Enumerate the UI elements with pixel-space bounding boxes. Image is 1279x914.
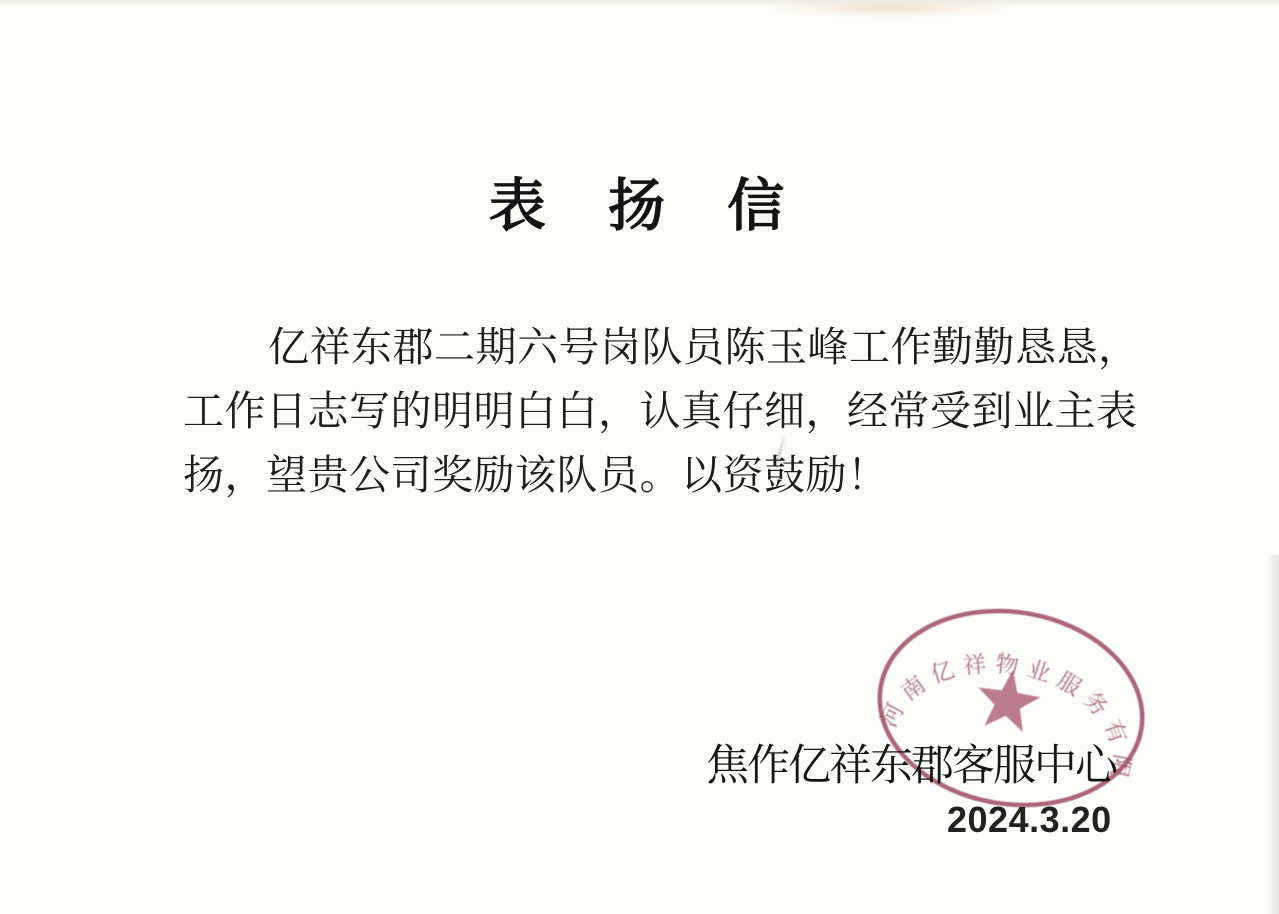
letter-title: 表 扬 信 [0, 160, 1279, 242]
body-text-line-3: 扬，望贵公司奖励该队员。以资鼓励！ [183, 453, 889, 498]
scan-smudge [765, 0, 1015, 16]
scan-top-edge-shadow [0, 0, 1279, 7]
star-icon [973, 665, 1044, 734]
commendation-letter-page: 表 扬 信 亿祥东郡二期六号岗队员陈玉峰工作勤勤恳恳， 工作日志写的明明白白，认… [0, 0, 1279, 914]
body-text-line-1: 亿祥东郡二期六号岗队员陈玉峰工作勤勤恳恳， [268, 325, 1140, 370]
signature-organization: 焦作亿祥东郡客服中心 [706, 732, 1116, 793]
scan-right-edge-shadow [1267, 555, 1279, 914]
body-text-line-2: 工作日志写的明明白白，认真仔细，经常受到业主表 [183, 389, 1138, 434]
letter-date: 2024.3.20 [947, 799, 1112, 841]
